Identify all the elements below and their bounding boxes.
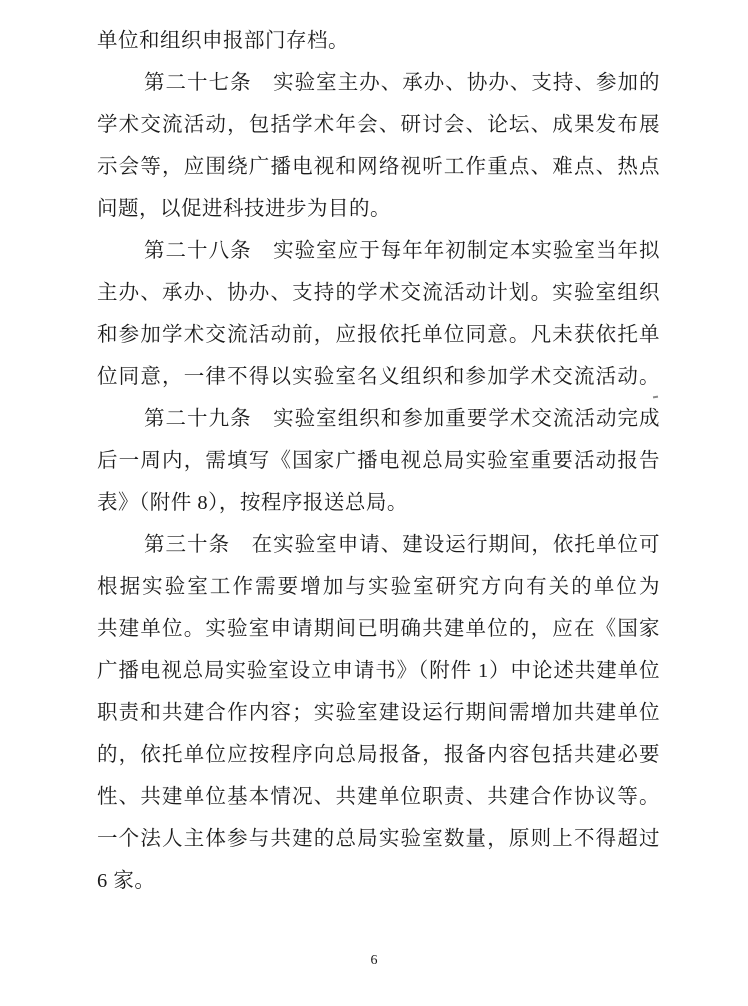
text-line: 根据实验室工作需要增加与实验室研究方向有关的单位为 — [97, 566, 660, 608]
text-line: 性、共建单位基本情况、共建单位职责、共建合作协议等。 — [97, 776, 660, 818]
text-line: 一个法人主体参与共建的总局实验室数量，原则上不得超过 — [97, 818, 660, 860]
text-line: 广播电视总局实验室设立申请书》（附件 1）中论述共建单位 — [97, 650, 660, 692]
text-line: 第二十七条 实验室主办、承办、协办、支持、参加的 — [97, 62, 660, 104]
text-line: 主办、承办、协办、支持的学术交流活动计划。实验室组织 — [97, 272, 660, 314]
text-line: 表》（附件 8），按程序报送总局。 — [97, 482, 660, 524]
text-line: 6 家。 — [97, 860, 660, 902]
text-line: 第二十八条 实验室应于每年年初制定本实验室当年拟 — [97, 230, 660, 272]
text-line: 学术交流活动，包括学术年会、研讨会、论坛、成果发布展 — [97, 104, 660, 146]
text-line: 问题，以促进科技进步为目的。 — [97, 188, 660, 230]
text-line: 单位和组织申报部门存档。 — [97, 20, 660, 62]
text-line: 和参加学术交流活动前，应报依托单位同意。凡未获依托单 — [97, 314, 660, 356]
text-line: 后一周内，需填写《国家广播电视总局实验室重要活动报告 — [97, 440, 660, 482]
text-line: 的，依托单位应按程序向总局报备，报备内容包括共建必要 — [97, 734, 660, 776]
page-number: 6 — [0, 953, 748, 969]
text-line: 第二十九条 实验室组织和参加重要学术交流活动完成 — [97, 398, 660, 440]
text-line: 第三十条 在实验室申请、建设运行期间，依托单位可 — [97, 524, 660, 566]
document-body: 单位和组织申报部门存档。第二十七条 实验室主办、承办、协办、支持、参加的学术交流… — [97, 20, 660, 902]
text-line: 共建单位。实验室申请期间已明确共建单位的，应在《国家 — [97, 608, 660, 650]
text-line: 职责和共建合作内容；实验室建设运行期间需增加共建单位 — [97, 692, 660, 734]
document-page: 单位和组织申报部门存档。第二十七条 实验室主办、承办、协办、支持、参加的学术交流… — [0, 0, 748, 1006]
text-line: 示会等，应围绕广播电视和网络视听工作重点、难点、热点 — [97, 146, 660, 188]
text-line: 位同意，一律不得以实验室名义组织和参加学术交流活动。 — [97, 356, 660, 398]
